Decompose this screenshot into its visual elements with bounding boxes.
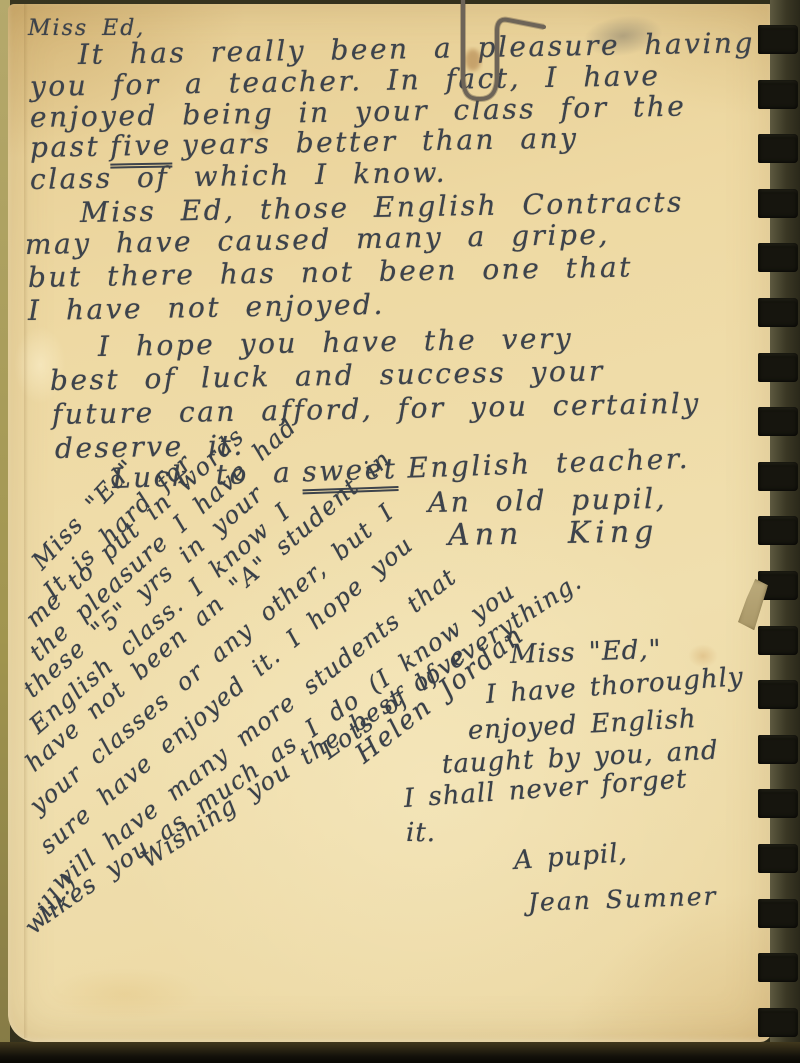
binding-tooth: [758, 462, 798, 491]
page-bottom-shadow: [0, 1042, 800, 1063]
binding-tooth: [758, 844, 798, 873]
letter-line-text: past: [30, 130, 101, 164]
binding-tooth: [758, 516, 798, 545]
comb-binding: [752, 0, 800, 1063]
signature-ann-king: Ann King: [448, 514, 659, 553]
rust-stain: [465, 49, 481, 71]
binding-tooth: [758, 134, 798, 163]
binding-tooth: [758, 735, 798, 764]
paper-stain: [50, 968, 200, 1020]
binding-tooth: [758, 789, 798, 818]
binding-tooth: [758, 407, 798, 436]
salutation: Miss "Ed,": [509, 635, 662, 670]
binding-tooth: [758, 626, 798, 655]
letter-line-text: years better than any: [182, 121, 579, 161]
binding-tooth: [758, 189, 798, 218]
page-crease: [24, 4, 28, 1038]
binding-tooth: [758, 899, 798, 928]
binding-tooth: [758, 953, 798, 982]
paper-clip: [440, 0, 555, 118]
corner-line: it.: [406, 818, 436, 848]
signoff: An old pupil,: [428, 482, 668, 519]
binding-tooth: [758, 243, 798, 272]
binding-tooth: [758, 25, 798, 54]
binding-tooth: [758, 353, 798, 382]
letter-line: I have not enjoyed.: [28, 288, 385, 327]
binding-tooth: [758, 80, 798, 109]
binding-tooth: [758, 1008, 798, 1037]
binding-tooth: [758, 680, 798, 709]
binding-tooth: [758, 298, 798, 327]
